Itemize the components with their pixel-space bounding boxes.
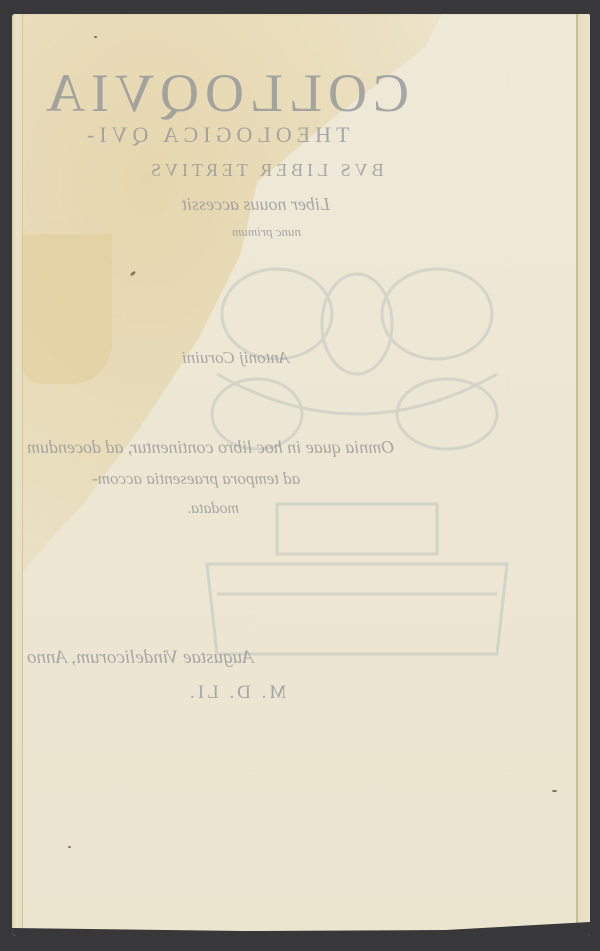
imprint-line-2: M. D. LI.: [187, 682, 286, 704]
body-line-2: ad tempora praesentia accom-: [92, 469, 300, 489]
paper-speck: [68, 846, 71, 848]
title-line-5: nunc primum: [232, 224, 301, 240]
author-line: Antonij Coruini: [182, 348, 289, 368]
body-line-1: Omnia quae in hoc libro continentur, ad …: [27, 437, 394, 458]
book-page: COLLOQVIA THEOLOGICA QVI- BVS LIBER TERT…: [12, 14, 590, 936]
paper-speck: [94, 36, 97, 38]
title-line-2: THEOLOGICA QVI-: [82, 122, 349, 148]
body-line-3: modata.: [187, 500, 239, 518]
title-main: COLLOQVIA: [40, 62, 409, 124]
title-line-3: BVS LIBER TERTIVS: [147, 160, 384, 181]
title-line-4: Liber nouus accessit: [182, 194, 330, 215]
paper-speck: [552, 790, 557, 792]
imprint-line-1: Augustae Vindelicorum, Anno: [27, 647, 254, 669]
mirrored-showthrough-text: COLLOQVIA THEOLOGICA QVI- BVS LIBER TERT…: [12, 14, 590, 936]
